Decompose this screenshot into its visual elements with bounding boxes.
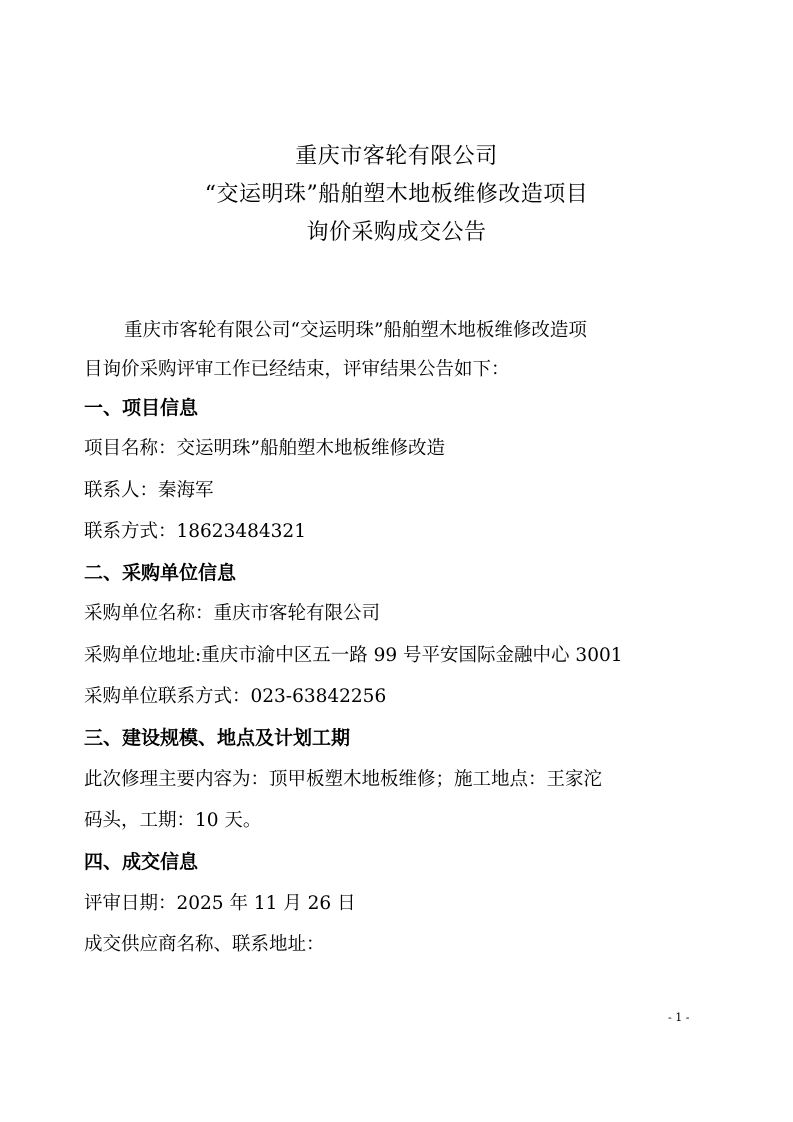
contact-person: 联系人：秦海军 <box>84 478 714 504</box>
section-heading-scope-location-schedule: 三、建设规模、地点及计划工期 <box>84 725 350 751</box>
supplier-name-address-label: 成交供应商名称、联系地址： <box>84 932 714 958</box>
scope-description-line-2: 码头，工期：10 天。 <box>84 808 714 834</box>
project-name: 项目名称：交运明珠”船舶塑木地板维修改造 <box>84 436 714 462</box>
contact-phone: 联系方式：18623484321 <box>84 519 714 545</box>
document-title-project: “交运明珠”船舶塑木地板维修改造项目 <box>0 180 793 210</box>
intro-paragraph-line-2: 目询价采购评审工作已经结束，评审结果公告如下： <box>84 357 714 383</box>
purchaser-name: 采购单位名称：重庆市客轮有限公司 <box>84 601 714 627</box>
purchaser-phone: 采购单位联系方式：023-63842256 <box>84 684 714 710</box>
scope-description-line-1: 此次修理主要内容为：顶甲板塑木地板维修；施工地点：王家沱 <box>84 767 714 793</box>
review-date: 评审日期：2025 年 11 月 26 日 <box>84 891 714 917</box>
document-title-announcement: 询价采购成交公告 <box>0 218 793 248</box>
section-heading-project-info: 一、项目信息 <box>84 395 198 421</box>
page-number: - 1 - <box>668 1010 689 1026</box>
document-title-company: 重庆市客轮有限公司 <box>0 142 793 172</box>
document-page: 重庆市客轮有限公司 “交运明珠”船舶塑木地板维修改造项目 询价采购成交公告 重庆… <box>0 0 793 1122</box>
section-heading-purchaser-info: 二、采购单位信息 <box>84 560 236 586</box>
purchaser-address: 采购单位地址:重庆市渝中区五一路 99 号平安国际金融中心 3001 <box>84 643 714 669</box>
section-heading-award-info: 四、成交信息 <box>84 849 198 875</box>
intro-paragraph-line-1: 重庆市客轮有限公司“交运明珠”船舶塑木地板维修改造项 <box>124 318 754 344</box>
